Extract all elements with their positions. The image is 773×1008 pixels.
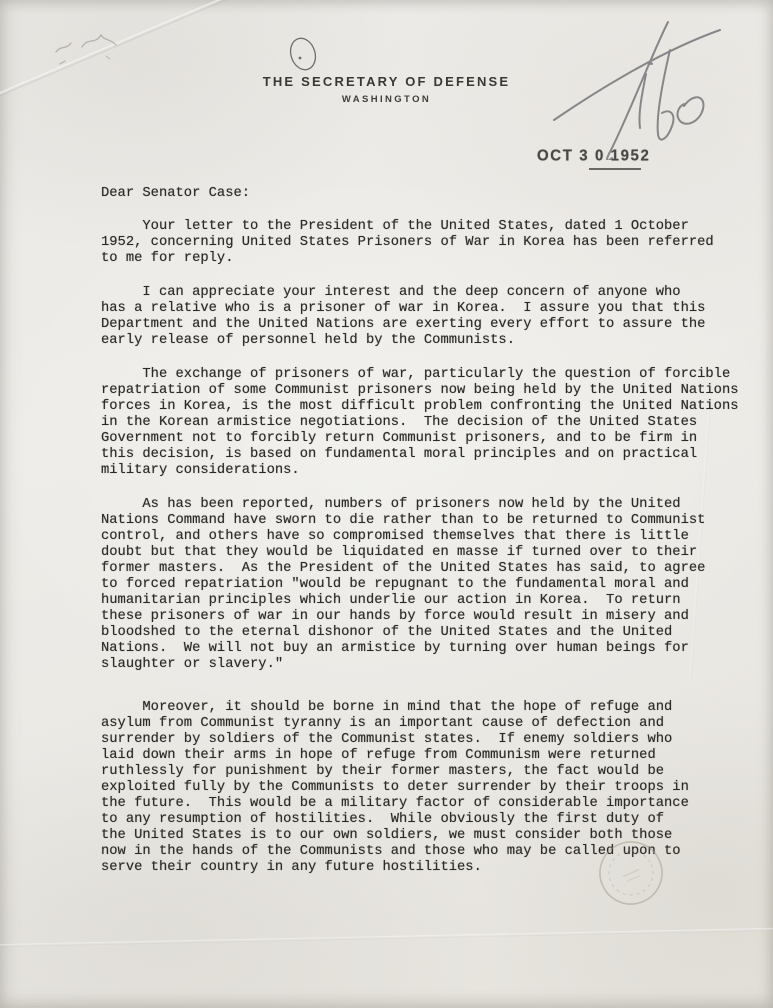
- round-receipt-stamp: [586, 828, 676, 918]
- pencil-scribble-mark: [48, 28, 132, 72]
- date-received-stamp: OCT 3 0 1952: [537, 146, 650, 164]
- letter-paragraph: Your letter to the President of the Unit…: [101, 219, 741, 267]
- letter-body: Dear Senator Case: Your letter to the Pr…: [101, 186, 741, 876]
- letter-paragraph: I can appreciate your interest and the d…: [101, 285, 741, 349]
- salutation: Dear Senator Case:: [101, 186, 741, 202]
- scanned-letter-page: THE SECRETARY OF DEFENSE WASHINGTON OCT …: [0, 0, 773, 1008]
- letter-paragraph: As has been reported, numbers of prisone…: [101, 497, 741, 673]
- paper-crease-top-left: [0, 0, 295, 108]
- date-stamp-underline: [589, 168, 641, 170]
- pencil-circle-mark: [282, 32, 324, 78]
- letter-paragraph: The exchange of prisoners of war, partic…: [101, 367, 741, 479]
- handwritten-file-note: [550, 20, 750, 160]
- paper-crease-bottom: [0, 928, 773, 947]
